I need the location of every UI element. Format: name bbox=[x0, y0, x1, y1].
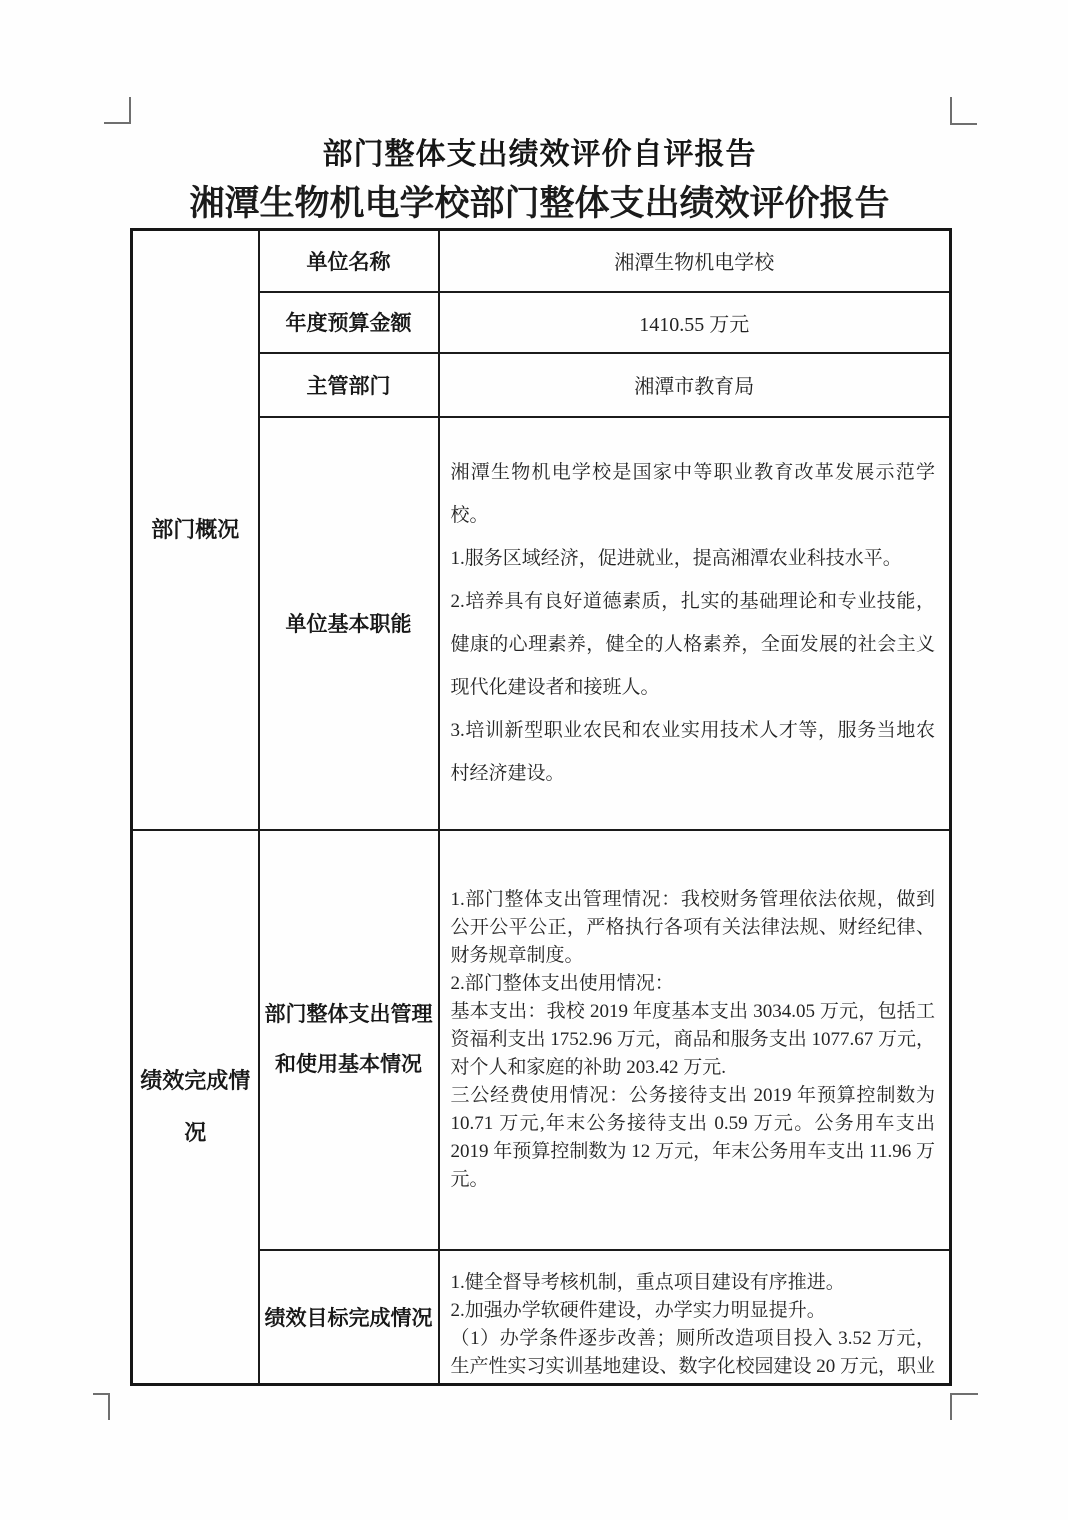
document-content: 部门整体支出绩效评价自评报告 湘潭生物机电学校部门整体支出绩效评价报告 部门概况… bbox=[130, 0, 949, 1386]
basic-functions-text-cell: 湘潭生物机电学校是国家中等职业教育改革发展示范学校。 1.服务区域经济，促进就业… bbox=[439, 417, 951, 830]
field-label-supervisor-department: 主管部门 bbox=[259, 353, 439, 417]
field-label-basic-functions: 单位基本职能 bbox=[259, 417, 439, 830]
paragraph: 2.加强办学软硬件建设，办学实力明显提升。 bbox=[451, 1297, 936, 1325]
section-label-department-overview: 部门概况 bbox=[132, 230, 259, 830]
evaluation-table: 部门概况 单位名称 湘潭生物机电学校 年度预算金额 1410.55 万元 主管部… bbox=[130, 228, 952, 1386]
paragraph: 1.服务区域经济，促进就业，提高湘潭农业科技水平。 bbox=[451, 537, 936, 580]
field-value-annual-budget: 1410.55 万元 bbox=[439, 292, 951, 353]
field-value-unit-name: 湘潭生物机电学校 bbox=[439, 230, 951, 292]
crop-mark-bottom-left bbox=[93, 1393, 110, 1420]
section-label-performance-completion: 绩效完成情况 bbox=[132, 830, 259, 1385]
paragraph: （1）办学条件逐步改善；厕所改造项目投入 3.52 万元，生产性实习实训基地建设… bbox=[451, 1325, 936, 1383]
clipped-text-block: 1.健全督导考核机制，重点项目建设有序推进。 2.加强办学软硬件建设，办学实力明… bbox=[451, 1269, 936, 1383]
field-label-text: 部门整体支出管理和使用基本情况 bbox=[261, 990, 437, 1090]
field-label-expenditure-management: 部门整体支出管理和使用基本情况 bbox=[259, 830, 439, 1250]
section-label-text: 绩效完成情况 bbox=[136, 1055, 254, 1159]
crop-mark-top-left bbox=[104, 97, 131, 124]
field-label-performance-goals: 绩效目标完成情况 bbox=[259, 1250, 439, 1385]
expenditure-management-text-cell: 1.部门整体支出管理情况：我校财务管理依法依规，做到公开公平公正，严格执行各项有… bbox=[439, 830, 951, 1250]
paragraph: 基本支出：我校 2019 年度基本支出 3034.05 万元，包括工资福利支出 … bbox=[451, 998, 936, 1082]
paragraph: 湘潭生物机电学校是国家中等职业教育改革发展示范学校。 bbox=[451, 451, 936, 537]
report-title: 部门整体支出绩效评价自评报告 bbox=[130, 138, 949, 172]
paragraph: 2.培养具有良好道德素质，扎实的基础理论和专业技能，健康的心理素养，健全的人格素… bbox=[451, 580, 936, 709]
crop-mark-bottom-right bbox=[950, 1393, 978, 1420]
paragraph: 1.健全督导考核机制，重点项目建设有序推进。 bbox=[451, 1269, 936, 1297]
table-row: 部门概况 单位名称 湘潭生物机电学校 bbox=[132, 230, 951, 292]
paragraph: 2.部门整体支出使用情况： bbox=[451, 970, 936, 998]
field-value-supervisor-department: 湘潭市教育局 bbox=[439, 353, 951, 417]
document-page: 部门整体支出绩效评价自评报告 湘潭生物机电学校部门整体支出绩效评价报告 部门概况… bbox=[0, 0, 1068, 1520]
paragraph: 三公经费使用情况：公务接待支出 2019 年预算控制数为 10.71 万元,年末… bbox=[451, 1082, 936, 1194]
field-label-unit-name: 单位名称 bbox=[259, 230, 439, 292]
performance-goals-text-cell: 1.健全督导考核机制，重点项目建设有序推进。 2.加强办学软硬件建设，办学实力明… bbox=[439, 1250, 951, 1385]
crop-mark-top-right bbox=[950, 97, 977, 125]
field-label-annual-budget: 年度预算金额 bbox=[259, 292, 439, 353]
report-subtitle: 湘潭生物机电学校部门整体支出绩效评价报告 bbox=[130, 184, 949, 224]
table-row: 绩效完成情况 部门整体支出管理和使用基本情况 1.部门整体支出管理情况：我校财务… bbox=[132, 830, 951, 1250]
paragraph: 3.培训新型职业农民和农业实用技术人才等，服务当地农村经济建设。 bbox=[451, 709, 936, 795]
paragraph: 1.部门整体支出管理情况：我校财务管理依法依规，做到公开公平公正，严格执行各项有… bbox=[451, 886, 936, 970]
section-label-text: 部门概况 bbox=[136, 504, 254, 556]
